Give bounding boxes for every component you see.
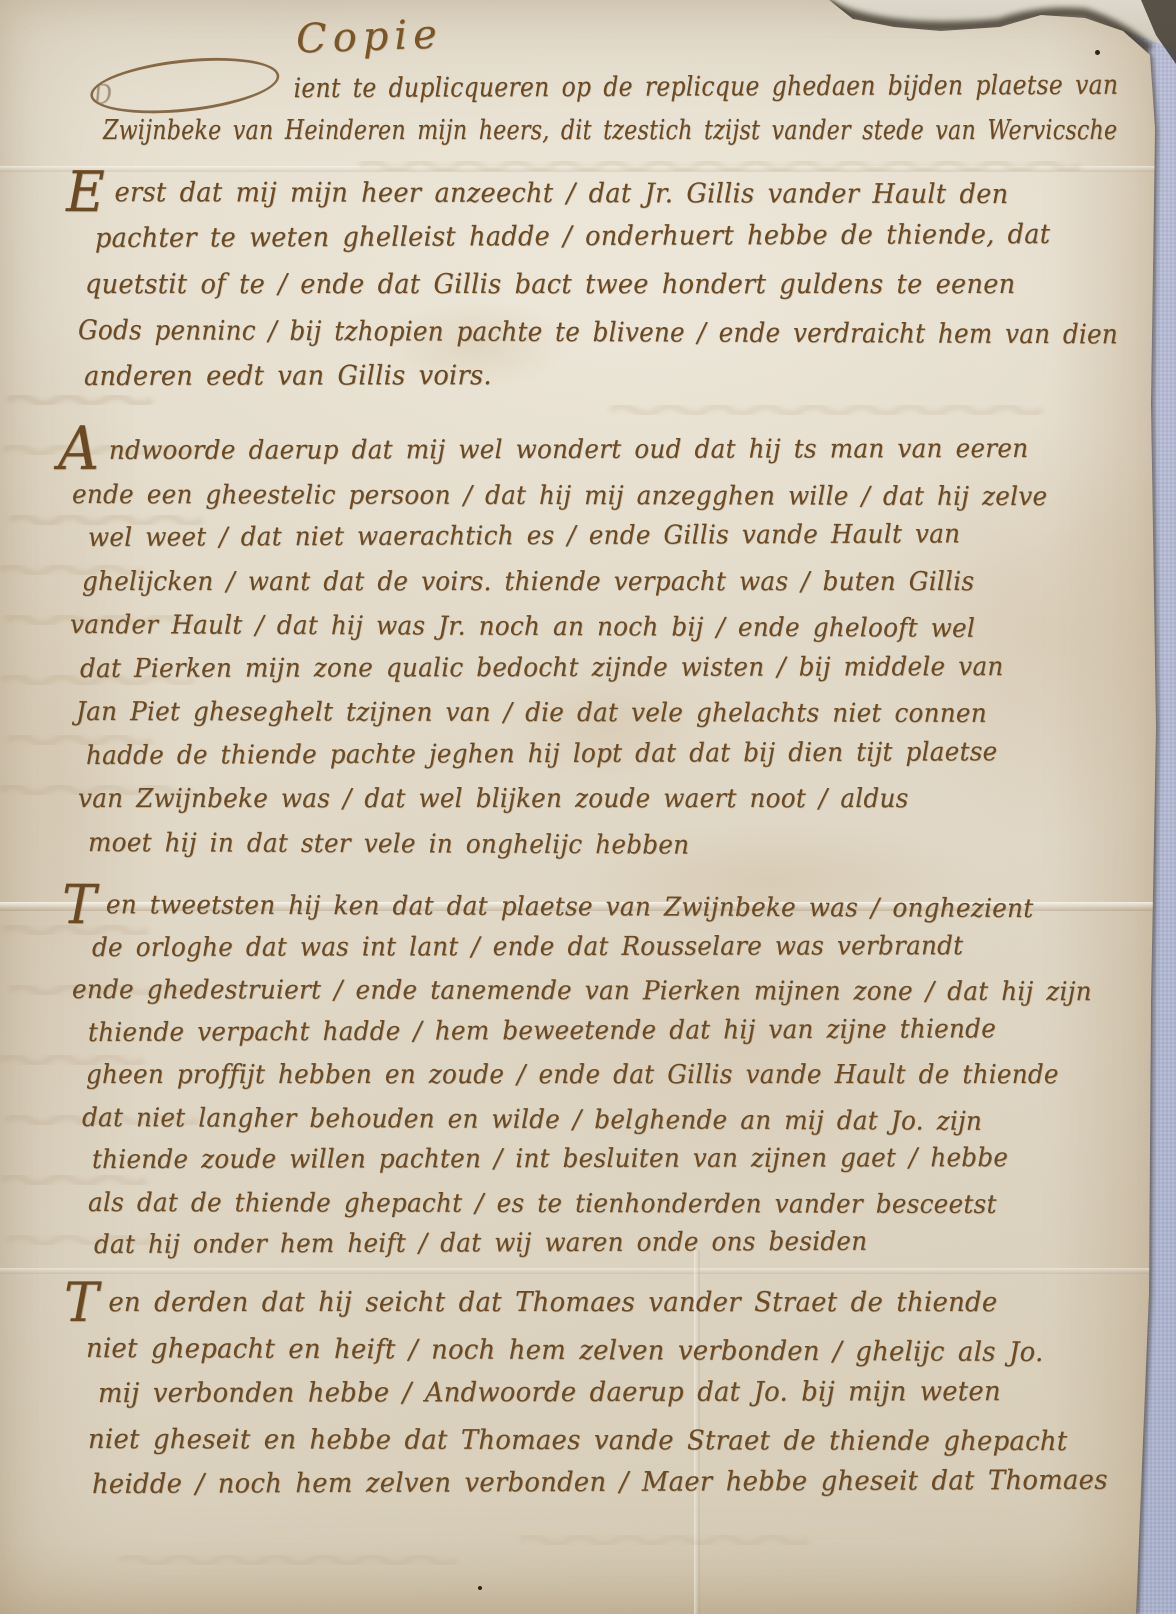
manuscript-line: Eerst dat mij mijn heer anzeecht / dat J… bbox=[66, 170, 1118, 218]
document-body: Copie Dient te duplicqueren op de replic… bbox=[0, 0, 1176, 1614]
manuscript-line: moet hij in dat ster vele in onghelijc h… bbox=[88, 822, 1119, 870]
manuscript-line: van Zwijnbeke was / dat wel blijken zoud… bbox=[78, 778, 1118, 822]
manuscript-line: vander Hault / dat hij was Jr. noch an n… bbox=[70, 604, 1119, 652]
manuscript-line: wel weet / dat niet waerachtich es / end… bbox=[88, 513, 1119, 561]
manuscript-line: Gods penninc / bij tzhopien pachte te bl… bbox=[78, 308, 1077, 358]
manuscript-line: niet ghepacht en heift / noch hem zelven… bbox=[86, 1326, 1128, 1376]
manuscript-line: ende ghedestruiert / ende tanemende van … bbox=[72, 969, 1118, 1014]
paragraph: Eerst dat mij mijn heer anzeecht / dat J… bbox=[0, 170, 1176, 400]
manuscript-line: Ten derden dat hij seicht dat Thomaes va… bbox=[64, 1280, 1128, 1326]
manuscript-line: ghelijcken / want dat de voirs. thiende … bbox=[82, 561, 1118, 605]
manuscript-line: Jan Piet gheseghelt tzijnen van / die da… bbox=[76, 691, 1118, 737]
paragraph: Ten tweetsten hij ken dat dat plaetse va… bbox=[0, 884, 1176, 1267]
manuscript-line: thiende verpacht hadde / hem beweetende … bbox=[88, 1007, 1119, 1054]
manuscript-line: Andwoorde daerup dat mij wel wondert oud… bbox=[58, 428, 1118, 474]
paragraph: Dient te duplicqueren op de replicque gh… bbox=[0, 60, 1176, 154]
manuscript-page: Copie Dient te duplicqueren op de replic… bbox=[0, 0, 1176, 1614]
manuscript-line: mij verbonden hebbe / Andwoorde daerup d… bbox=[98, 1369, 1128, 1417]
paper-sheet: Copie Dient te duplicqueren op de replic… bbox=[0, 0, 1176, 1614]
manuscript-line: gheen proffijt hebben en zoude / ende da… bbox=[86, 1054, 1118, 1097]
manuscript-line: quetstit of te / ende dat Gillis bact tw… bbox=[85, 262, 1118, 308]
paragraph: Andwoorde daerup dat mij wel wondert oud… bbox=[0, 430, 1176, 865]
manuscript-line: dat Pierken mijn zone qualic bedocht zij… bbox=[80, 645, 1118, 691]
manuscript-line: thiende zoude willen pachten / int beslu… bbox=[92, 1137, 1118, 1182]
manuscript-line: anderen eedt van Gillis voirs. bbox=[84, 352, 1118, 400]
manuscript-line: pachter te weten ghelleist hadde / onder… bbox=[95, 212, 1118, 262]
manuscript-line: Zwijnbeke van Heinderen mijn heers, dit … bbox=[103, 107, 982, 154]
paragraph: Ten derden dat hij seicht dat Thomaes va… bbox=[0, 1280, 1176, 1508]
manuscript-line: de orloghe dat was int lant / ende dat R… bbox=[92, 924, 1118, 969]
manuscript-line: dat hij onder hem heift / dat wij waren … bbox=[94, 1220, 1118, 1267]
manuscript-line: heidde / noch hem zelven verbonden / Mae… bbox=[92, 1458, 1128, 1508]
manuscript-line: hadde de thiende pachte jeghen hij lopt … bbox=[86, 730, 1118, 778]
manuscript-line: Dient te duplicqueren op de replicque gh… bbox=[90, 56, 1035, 107]
document-title: Copie bbox=[295, 11, 443, 62]
manuscript-line: niet gheseit en hebbe dat Thomaes vande … bbox=[88, 1417, 1128, 1465]
manuscript-line: Ten tweetsten hij ken dat dat plaetse va… bbox=[62, 884, 1118, 931]
manuscript-line: ende een gheestelic persoon / dat hij mi… bbox=[72, 474, 1118, 520]
